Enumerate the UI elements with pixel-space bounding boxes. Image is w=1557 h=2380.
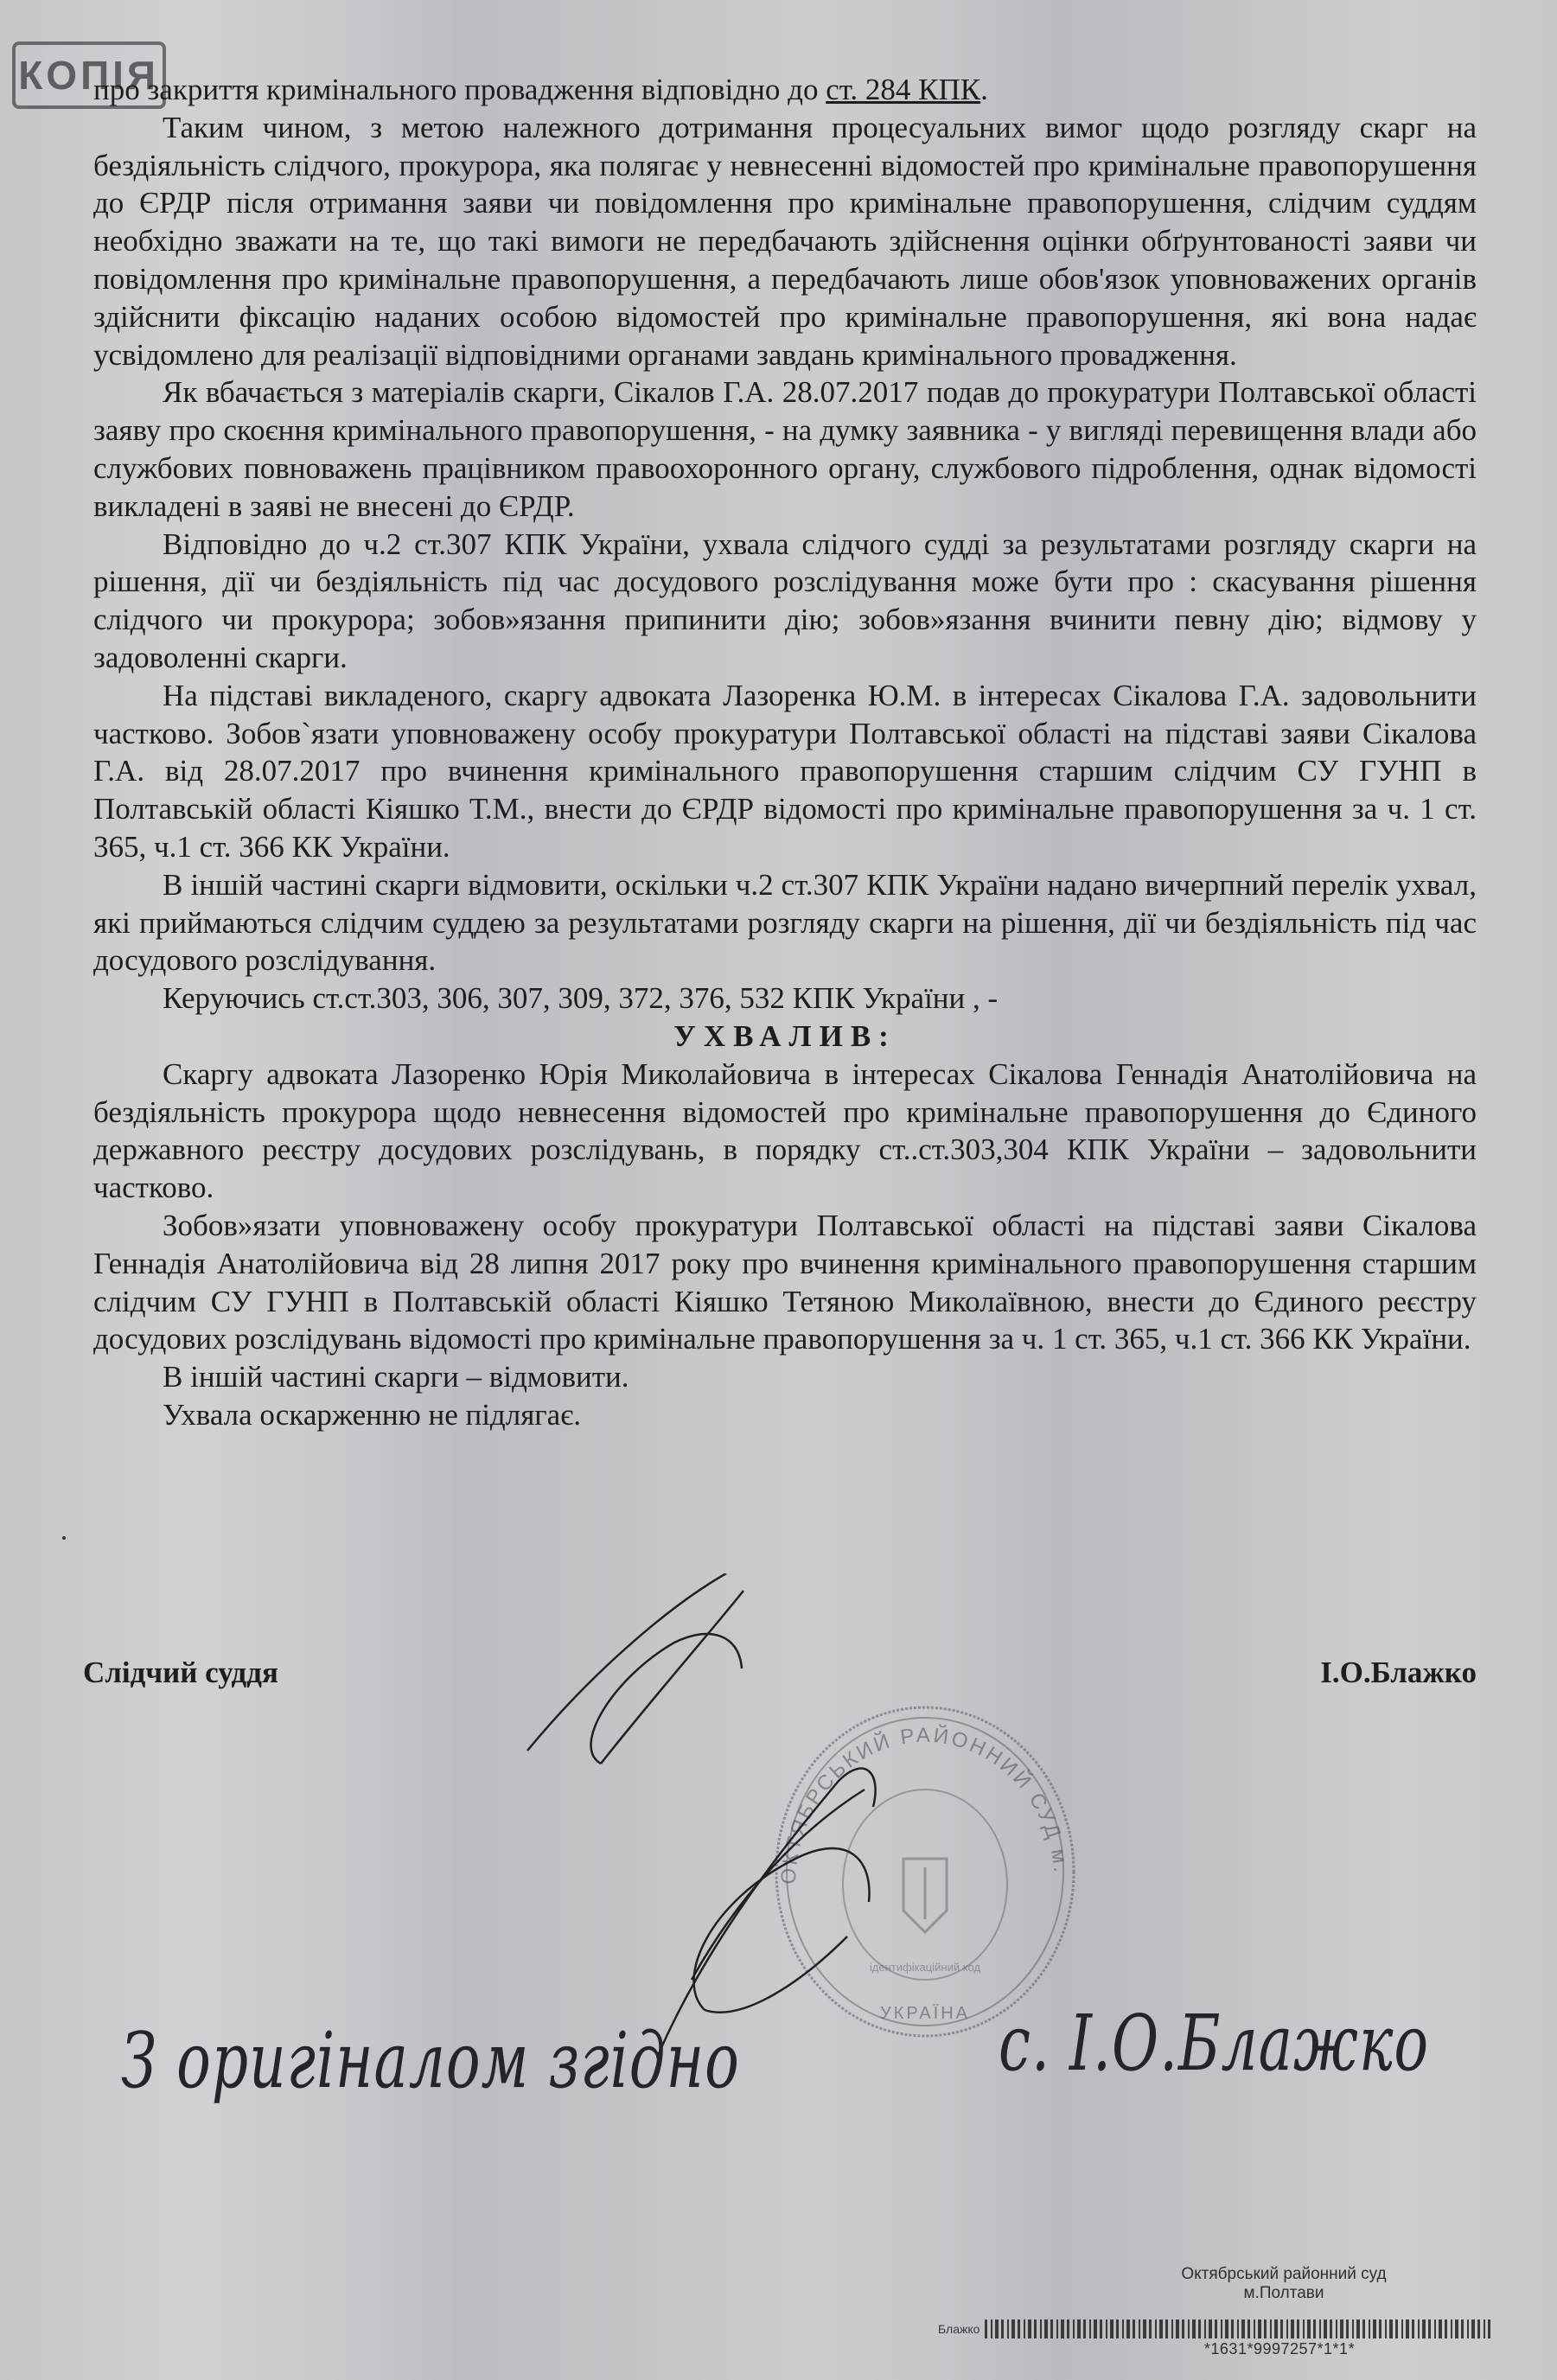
ink-speck	[62, 1536, 66, 1540]
ruling-heading: УХВАЛИВ:	[93, 1018, 1477, 1056]
paragraph-complaint-materials: Як вбачається з матеріалів скарги, Сікал…	[93, 373, 1477, 525]
barcode: Блажко	[938, 2319, 1490, 2339]
court-name-line: Октябрський районний суд	[1141, 2265, 1426, 2284]
paragraph-grounds: На підставі викладеного, скаргу адвоката…	[93, 677, 1477, 866]
barcode-prefix: Блажко	[938, 2322, 980, 2336]
paragraph-ruling-oblige: Зобов»язати уповноважену особу прокурату…	[93, 1207, 1477, 1358]
court-city-line: м.Полтави	[1141, 2284, 1426, 2303]
barcode-number: *1631*9997257*1*1*	[1184, 2340, 1375, 2358]
judge-signature-icon	[519, 1573, 968, 2058]
paragraph-ruling-refuse: В іншій частині скарги – відмовити.	[93, 1358, 1477, 1396]
paragraph-text: .	[980, 73, 988, 106]
document-page: КОПІЯ про закриття кримінального провадж…	[0, 0, 1557, 2380]
paragraph-ruling-complaint: Скаргу адвоката Лазоренко Юрія Миколайов…	[93, 1056, 1477, 1207]
paragraph-guided-by: Керуючись ст.ст.303, 306, 307, 309, 372,…	[93, 979, 1477, 1018]
paragraph-not-appealable: Ухвала оскарженню не підлягає.	[93, 1396, 1477, 1434]
paragraph-requirements: Таким чином, з метою належного дотриманн…	[93, 109, 1477, 374]
paragraph-refusal: В іншій частині скарги відмовити, оскіль…	[93, 866, 1477, 979]
article-reference-link[interactable]: ст. 284 КПК	[826, 73, 980, 106]
court-footer: Октябрський районний суд м.Полтави	[1141, 2265, 1426, 2303]
handwritten-certification: З оригіналом згідно	[121, 2016, 740, 2106]
judge-name: І.О.Блажко	[1320, 1656, 1477, 1690]
paragraph-continuation: про закриття кримінального провадження в…	[93, 71, 1477, 109]
paragraph-text: про закриття кримінального провадження в…	[93, 73, 826, 106]
barcode-icon	[985, 2319, 1490, 2339]
handwritten-signature-name: с. І.О.Блажко	[999, 1999, 1429, 2089]
judge-role: Слідчий суддя	[83, 1656, 278, 1690]
paragraph-article-307: Відповідно до ч.2 ст.307 КПК України, ух…	[93, 526, 1477, 677]
document-body: про закриття кримінального провадження в…	[93, 71, 1477, 1434]
